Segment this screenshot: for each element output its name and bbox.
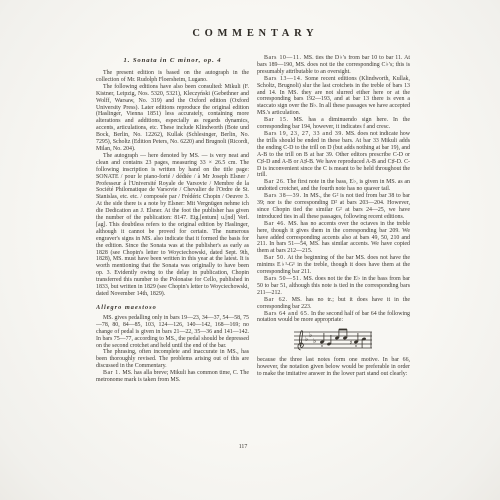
page-title: COMMENTARY [96, 28, 410, 39]
commentary-entry: Bars 10—11. MS. ties the D♭'s from bar 1… [257, 55, 410, 76]
entry-lead: Bars 10—11. [264, 55, 302, 61]
paragraph: The following editions have also been co… [96, 84, 249, 153]
entry-lead: Bar 50. [264, 255, 286, 261]
svg-text:♭: ♭ [305, 335, 308, 343]
commentary-entry: Bars 19, 23, 27, 33 and 39. MS. does not… [257, 131, 410, 179]
paragraph: The autograph — here denoted by MS. — is… [96, 153, 249, 298]
entry-lead: Bar 15. [264, 117, 289, 123]
commentary-entry: Bars 13—14. Some recent editions (Klindw… [257, 76, 410, 117]
commentary-entry: Bars 64 and 65. In the second half of ba… [257, 311, 410, 325]
commentary-entry: Bar 50. At the beginning of the bar MS. … [257, 255, 410, 276]
right-column: Bars 10—11. MS. ties the D♭'s from bar 1… [257, 55, 410, 441]
commentary-entry: Bar 1. MS. has alla breve; Mikuli has co… [96, 370, 249, 384]
entry-lead: Bar 1. [103, 370, 121, 376]
commentary-entry: Bar 62. MS. has no tr.; but it does have… [257, 297, 410, 311]
entry-lead: Bars 50—51. [264, 276, 302, 282]
commentary-entry: Bars 38—39. In MS., the G² is not tied f… [257, 193, 410, 221]
paragraph: The phrasing, often incomplete and inacc… [96, 349, 249, 370]
page-content: COMMENTARY 1. Sonata in C minor, op. 4 T… [96, 28, 410, 441]
entry-text: MS. does not indicate how the trills sho… [257, 131, 410, 178]
paragraph: The present edition is based on the auto… [96, 70, 249, 84]
paragraph: MS. gives pedalling only in bars 19—23, … [96, 315, 249, 350]
commentary-entry: Bar 26. The first note in the bass, E♭, … [257, 179, 410, 193]
entry-lead: Bar 46. [264, 221, 286, 227]
commentary-entry: Bar 46. MS. has no accents over the octa… [257, 221, 410, 256]
movement-heading: Allegro maestoso [96, 304, 249, 311]
commentary-entry: Bars 50—51. MS. does not tie the E♭ in t… [257, 276, 410, 297]
commentary-entry: Bar 15. MS. has a diminuendo sign here. … [257, 117, 410, 131]
music-notation-figure: ♭ ♭ ♭ [257, 327, 410, 353]
entry-lead: Bars 19, 23, 27, 33 and 39. [264, 131, 344, 137]
left-column: 1. Sonata in C minor, op. 4 The present … [96, 55, 249, 441]
entry-lead: Bar 26. [264, 179, 285, 185]
entry-lead: Bars 13—14. [264, 76, 302, 82]
closing-paragraph: because the three last notes form one mo… [257, 357, 410, 378]
entry-text: Some recent editions (Klindworth, Kullak… [257, 76, 410, 117]
entry-lead: Bars 38—39. [264, 193, 302, 199]
music-notation-example-icon: ♭ ♭ ♭ [292, 327, 376, 353]
page-number: 117 [96, 444, 390, 450]
book-page: COMMENTARY 1. Sonata in C minor, op. 4 T… [0, 0, 500, 500]
section-heading: 1. Sonata in C minor, op. 4 [96, 57, 249, 64]
entry-lead: Bar 62. [264, 297, 288, 303]
entry-lead: Bars 64 and 65. [264, 311, 309, 317]
svg-text:♯: ♯ [349, 340, 352, 347]
svg-text:♭: ♭ [313, 337, 316, 345]
two-column-layout: 1. Sonata in C minor, op. 4 The present … [96, 55, 410, 441]
svg-text:♭: ♭ [309, 331, 312, 339]
